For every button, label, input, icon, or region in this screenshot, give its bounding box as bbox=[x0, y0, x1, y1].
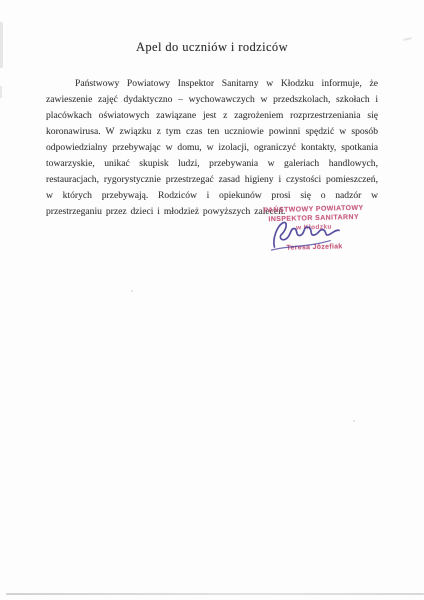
document-title: Apel do uczniów i rodziców bbox=[0, 40, 424, 55]
scan-artifact-left-edge-small bbox=[0, 86, 2, 98]
document-paragraph: Państwowy Powiatowy Inspektor Sanitarny … bbox=[46, 76, 378, 220]
inspector-stamp: PAŃSTWOWY POWIATOWY INSPEKTOR SANITARNY … bbox=[255, 204, 372, 252]
scan-artifact-bottom-page-edge bbox=[6, 593, 424, 595]
signature-scribble bbox=[266, 216, 351, 256]
scan-speckle bbox=[353, 420, 355, 422]
scan-speckle bbox=[131, 290, 133, 292]
scan-artifact-left-edge bbox=[0, 22, 3, 68]
scanned-document-page: Apel do uczniów i rodziców Państwowy Pow… bbox=[0, 0, 424, 600]
